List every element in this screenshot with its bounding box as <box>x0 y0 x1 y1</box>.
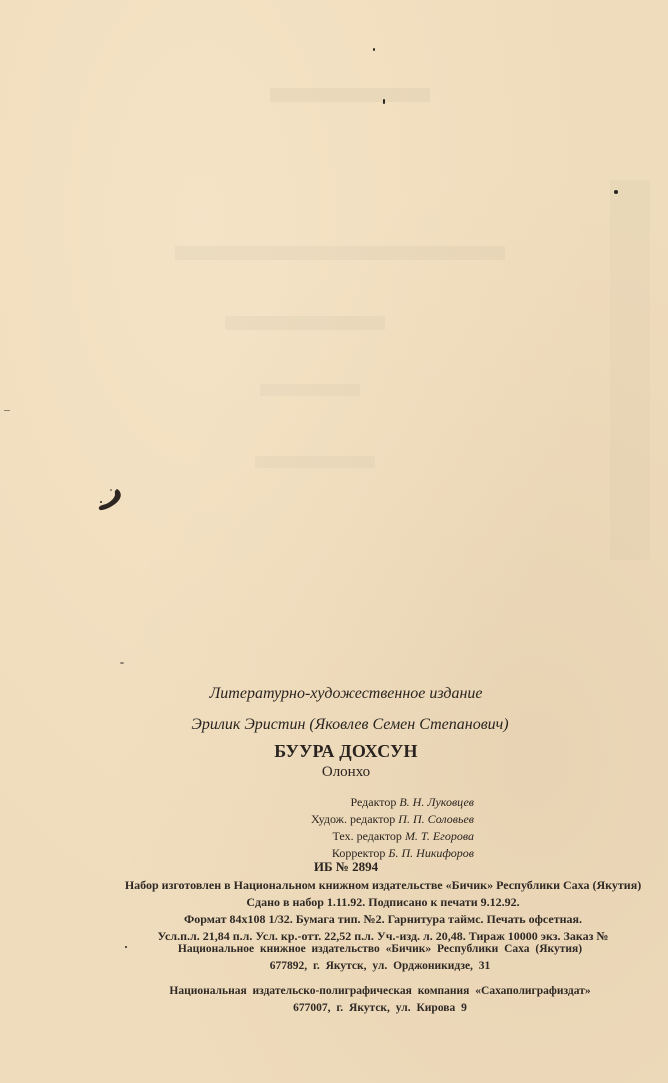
paper-speck <box>383 99 385 104</box>
printer-address: 677007, г. Якутск, ул. Кирова 9 <box>130 1000 630 1017</box>
book-genre: Олонхо <box>12 764 668 781</box>
bleed-through-text <box>260 384 360 396</box>
bleed-through-text <box>175 246 505 260</box>
paper-speck <box>4 410 10 411</box>
printer-block: Национальная издательско-полиграфическая… <box>130 983 630 1017</box>
paper-speck <box>614 190 618 194</box>
paper-speck <box>125 946 127 948</box>
credit-tech-editor: Тех. редактор М. Т. Егорова <box>311 828 474 845</box>
bleed-through-text <box>255 456 375 468</box>
imprint-dates: Сдано в набор 1.11.92. Подписано к печат… <box>96 894 668 911</box>
publisher-block: Национальное книжное издательство «Бичик… <box>130 941 630 975</box>
book-colophon-page: Литературно-художественное издание Эрили… <box>0 0 668 1083</box>
credit-art-editor: Худож. редактор П. П. Соловьев <box>311 811 474 828</box>
printer-name: Национальная издательско-полиграфическая… <box>130 983 630 1000</box>
edition-type: Литературно-художественное издание <box>12 685 668 703</box>
paper-speck <box>120 662 124 664</box>
imprint-block: Набор изготовлен в Национальном книжном … <box>96 877 668 945</box>
publisher-name: Национальное книжное издательство «Бичик… <box>130 941 630 958</box>
credit-editor: Редактор В. Н. Луковцев <box>311 794 474 811</box>
paper-speck <box>373 48 375 51</box>
imprint-typesetting: Набор изготовлен в Национальном книжном … <box>96 877 668 894</box>
bleed-through-text <box>225 316 385 330</box>
imprint-format: Формат 84x108 1/32. Бумага тип. №2. Гарн… <box>96 911 668 928</box>
author-name: Эрилик Эристин (Яковлев Семен Степанович… <box>16 716 668 734</box>
credits-block: Редактор В. Н. Луковцев Худож. редактор … <box>311 794 474 862</box>
ink-blemish <box>97 487 127 517</box>
bleed-through-text <box>270 88 430 102</box>
ib-number: ИБ № 2894 <box>12 859 668 875</box>
publisher-address: 677892, г. Якутск, ул. Орджоникидзе, 31 <box>130 958 630 975</box>
bleed-through-strip <box>610 180 650 560</box>
book-title: БУУРА ДОХСУН <box>12 741 668 762</box>
